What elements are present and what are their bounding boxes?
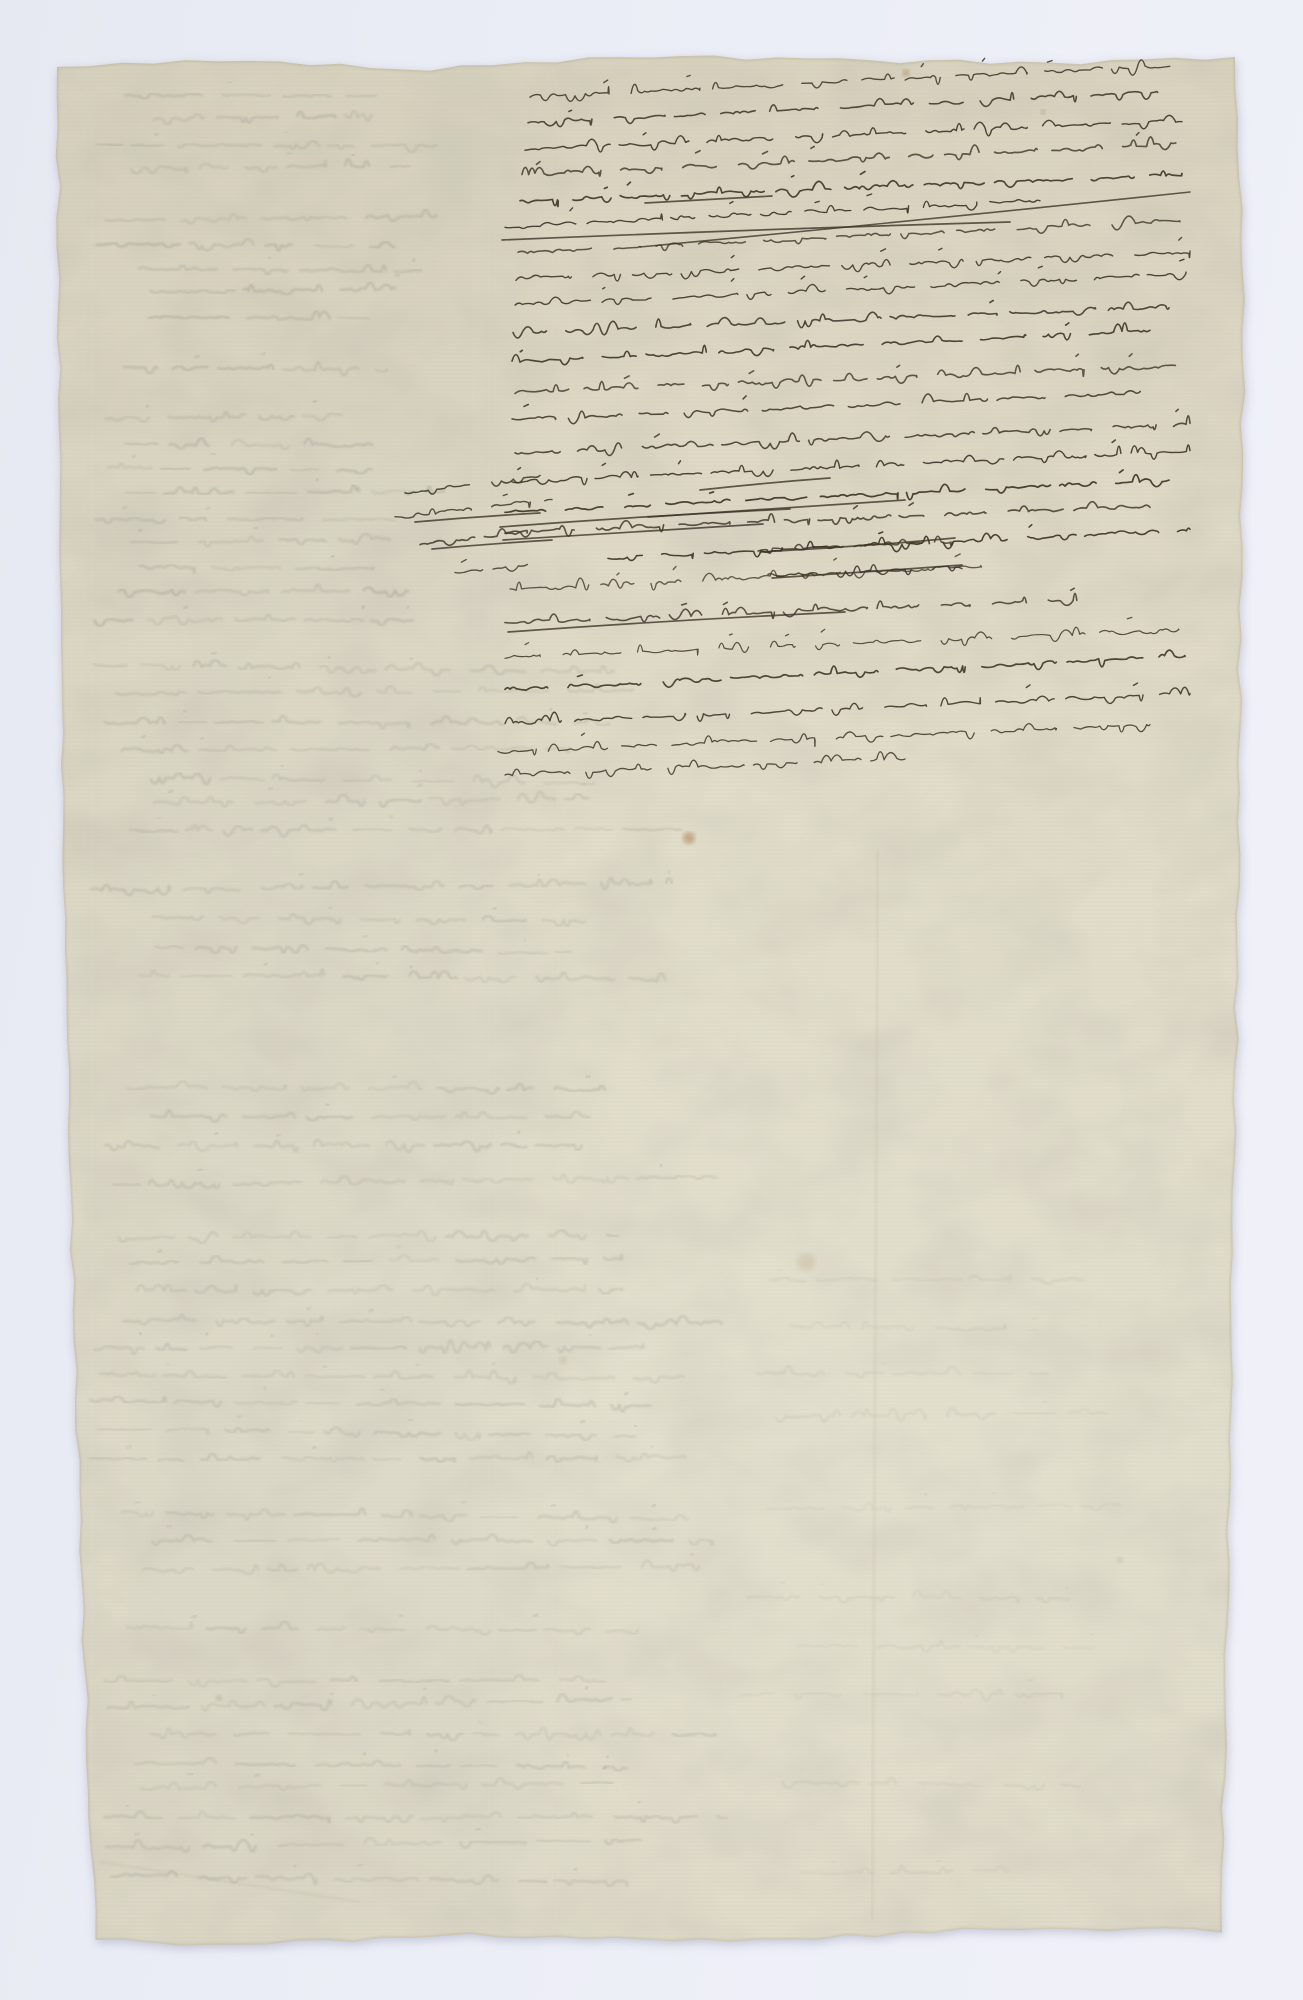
stain-spot	[1117, 1557, 1123, 1563]
bleed-stroke	[536, 1278, 538, 1280]
bleed-stroke	[166, 1363, 169, 1365]
stain-spot	[1041, 110, 1046, 115]
bleed-stroke	[325, 1104, 329, 1106]
stain-spot	[216, 1695, 222, 1701]
paper-highlight	[0, 0, 1303, 2000]
bleed-stroke	[271, 1335, 274, 1337]
manuscript-scan: Scanned handwritten manuscript leaf	[0, 0, 1303, 2000]
bleed-stroke	[363, 936, 367, 938]
scanner-bed: Scanned handwritten manuscript leaf	[0, 0, 1303, 2000]
bleed-stroke	[352, 154, 355, 155]
bleed-stroke	[583, 783, 585, 785]
bleed-stroke	[269, 676, 271, 678]
bleed-stroke	[410, 658, 413, 660]
bleed-stroke	[778, 1269, 782, 1271]
bleed-stroke	[139, 1333, 141, 1335]
stain-spot	[683, 832, 695, 844]
bleed-stroke	[380, 1389, 384, 1391]
bleed-stroke	[538, 875, 540, 876]
bleed-stroke	[635, 1425, 637, 1426]
ink-stroke	[604, 187, 607, 188]
bleed-stroke	[251, 1834, 254, 1836]
bleed-stroke	[1032, 1318, 1037, 1319]
bleed-stroke	[589, 1334, 592, 1335]
bleed-stroke	[300, 1420, 302, 1421]
stain-spot	[559, 1356, 567, 1364]
ink-stroke	[982, 58, 984, 61]
bleed-stroke	[993, 1492, 995, 1494]
bleed-stroke	[638, 1802, 640, 1803]
bleed-stroke	[253, 528, 257, 529]
bleed-stroke	[135, 1502, 140, 1503]
ink-stroke	[569, 110, 572, 111]
bleed-stroke	[167, 1526, 172, 1527]
bleed-stroke	[550, 708, 552, 710]
bleed-stroke	[228, 82, 232, 83]
bleed-stroke	[976, 1635, 978, 1637]
stain-spot	[903, 70, 910, 77]
stain-spot	[797, 1253, 815, 1271]
bleed-stroke	[416, 1364, 419, 1365]
bleed-stroke	[152, 1695, 155, 1696]
bleed-stroke	[341, 1785, 365, 1786]
bleed-stroke	[1042, 1401, 1047, 1402]
bleed-stroke	[316, 1333, 318, 1334]
ink-stroke	[1047, 61, 1052, 63]
bleed-stroke	[158, 818, 161, 819]
bleed-stroke	[691, 1554, 694, 1555]
ink-stroke	[710, 492, 714, 493]
bleed-stroke	[567, 1754, 569, 1756]
bleed-stroke	[188, 1774, 193, 1775]
bleed-stroke	[329, 907, 332, 909]
bleed-stroke	[424, 1688, 427, 1690]
bleed-stroke	[1028, 1330, 1037, 1331]
bleed-stroke	[606, 1756, 608, 1758]
bleed-stroke	[781, 1582, 785, 1583]
bleed-stroke	[184, 711, 186, 712]
bleed-stroke	[925, 1494, 927, 1496]
bleed-stroke	[651, 1446, 654, 1448]
ink-stroke	[792, 176, 794, 177]
bleed-stroke	[408, 1419, 413, 1420]
bleed-stroke	[277, 1135, 281, 1136]
bleed-stroke	[399, 1615, 403, 1616]
bleed-stroke	[281, 765, 283, 766]
bleed-stroke	[284, 132, 287, 133]
bleed-stroke	[479, 1722, 481, 1723]
bleed-stroke	[287, 153, 291, 154]
manuscript-paper	[0, 0, 1303, 2000]
bleed-stroke	[1089, 1634, 1093, 1635]
bleed-stroke	[1066, 1587, 1068, 1588]
bleed-stroke	[126, 1805, 129, 1807]
bleed-stroke	[328, 657, 330, 659]
bleed-stroke	[524, 940, 526, 941]
